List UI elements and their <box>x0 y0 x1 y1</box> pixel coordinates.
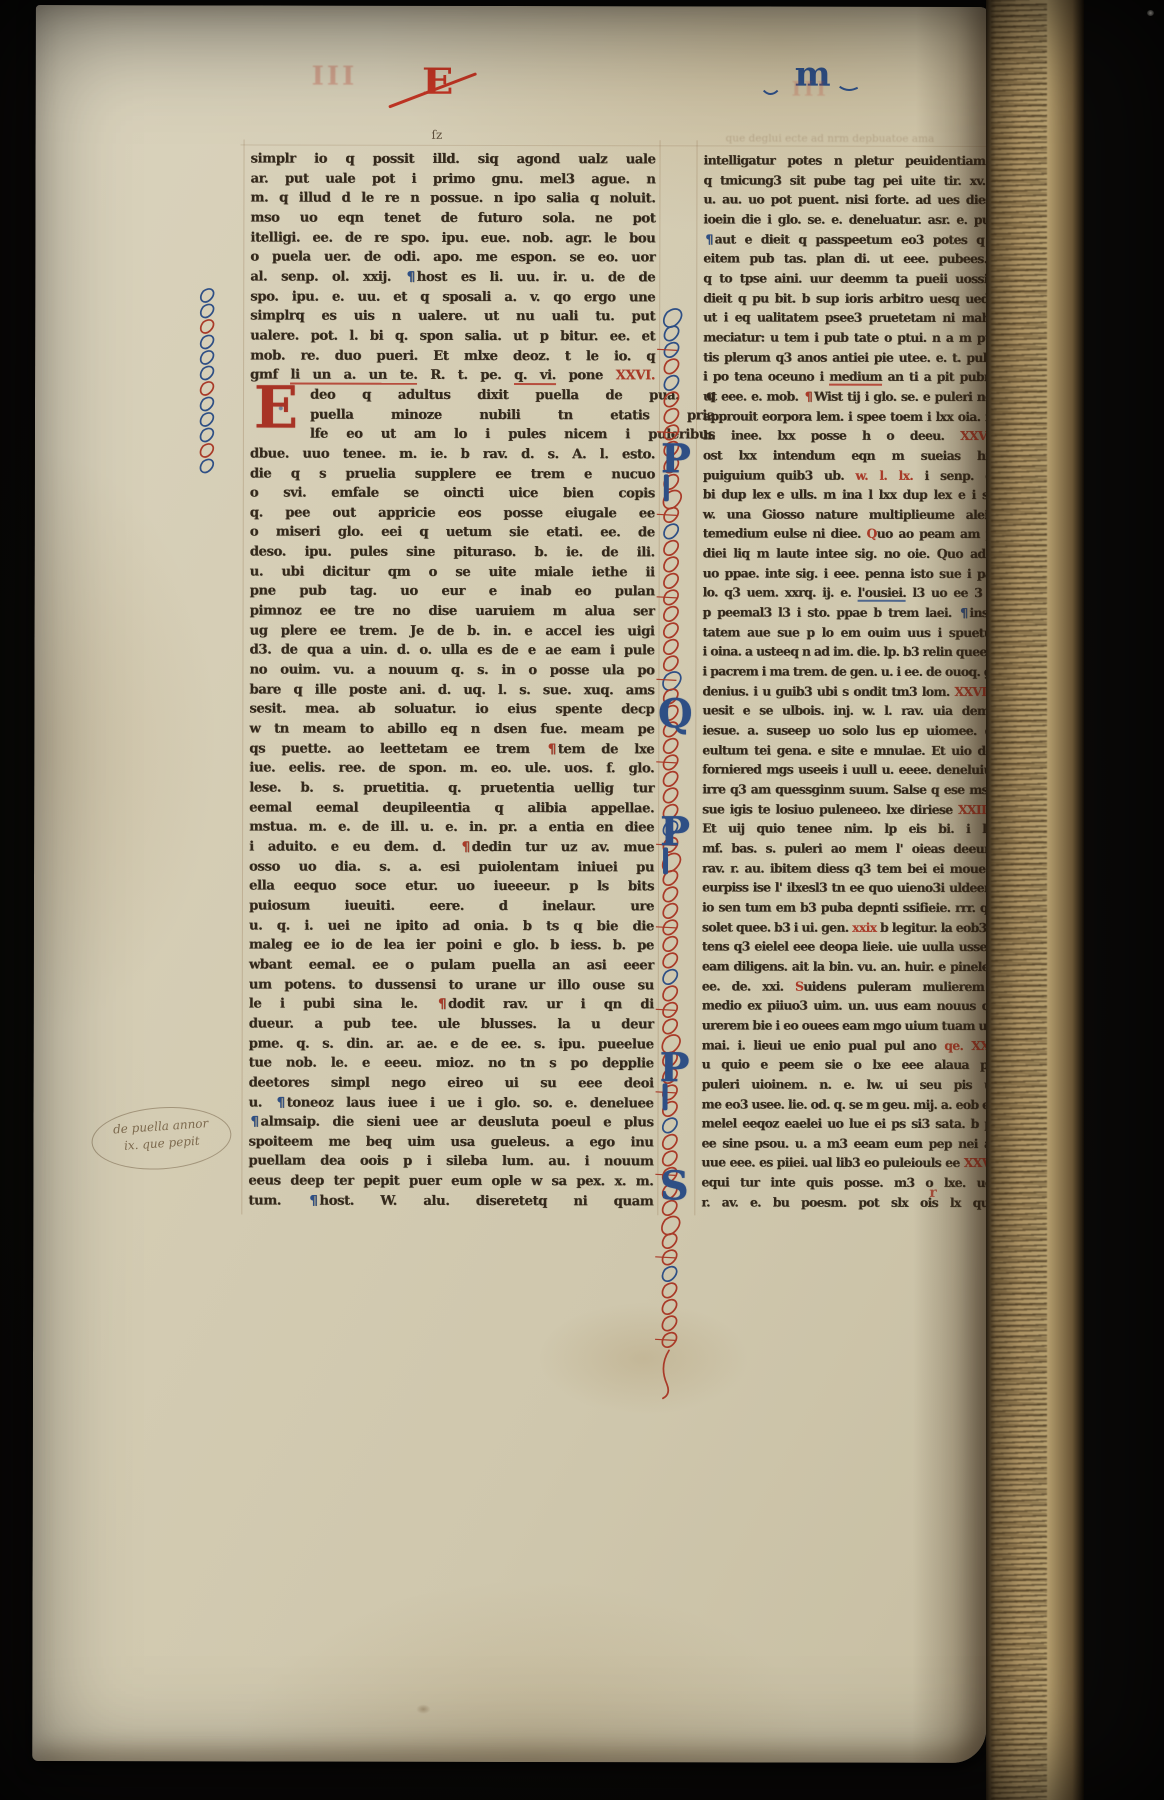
text-segment: temedium eulse ni diee. <box>703 526 867 541</box>
text-segment: sue igis te losiuo puleneeo. lxe diriese <box>702 801 958 817</box>
decorated-initial-p: P <box>653 439 699 479</box>
manuscript-text-line: dueur. a pub tee. ule blusses. la u deur <box>249 1014 654 1035</box>
manuscript-text-line: ost lxx intendum eqn m sueias hue <box>703 445 1001 465</box>
manuscript-text-line: eemal eemal deupileentia q alibia appell… <box>249 798 654 819</box>
manuscript-text-line: tue nob. le. e eeeu. mioz. no tn s po de… <box>249 1054 654 1075</box>
bleedthrough-text: que deglui ecte ad nrm depbuatoe ama <box>726 132 966 145</box>
manuscript-text-line: melel eeqoz eaelei uo lue ei ps si3 sata… <box>701 1114 999 1134</box>
underlined-text: li un a. un te. <box>290 368 417 385</box>
manuscript-text-line: mob. re. duo pueri. Et mlxe deoz. t le i… <box>250 346 655 367</box>
manuscript-text-line: itelligi. ee. de re spo. ipu. eue. nob. … <box>250 228 655 249</box>
underlined-text: q. vi. <box>514 368 556 385</box>
manuscript-text-line: mai. i. lieui ue enio pual pul ano qe. X… <box>702 1035 1000 1055</box>
text-segment: pone <box>556 368 616 383</box>
manuscript-text-line: simplr io q possit illd. siq agond ualz … <box>250 149 655 170</box>
text-segment: pne pub tag. uo eur e inab eo pulan <box>250 584 655 600</box>
text-segment: mstua. m. e. de ill. u. e. in. pr. a ent… <box>249 820 654 836</box>
manuscript-text-line: eeus deep ter pepit puer eum ople w sa p… <box>248 1172 653 1193</box>
manuscript-text-line: o svi. emfale se oincti uice bien copis <box>250 484 655 505</box>
text-segment: Et uij quio tenee nim. lp eis bi. i lxe <box>702 821 1000 837</box>
manuscript-text-line: urerem bie i eo ouees eam mgo uium tuam … <box>702 1015 1000 1035</box>
manuscript-text-line: denius. i u guib3 ubi s ondit tm3 lom. X… <box>702 681 1000 701</box>
manuscript-text-line: uue eee. es piiei. ual lib3 eo puleiouls… <box>701 1153 999 1173</box>
manuscript-text-line: o puela uer. de odi. apo. me espon. se e… <box>250 248 655 269</box>
manuscript-text-line: ualere. pot. l. bi q. spon salia. ut p b… <box>250 326 655 347</box>
catchword-mark: ſz <box>432 128 443 142</box>
text-segment: ut eee. e. mob. <box>703 388 803 403</box>
manuscript-text-line: irre q3 am quessginm suum. Salse q ese m… <box>702 779 1000 799</box>
manuscript-text-line: diei liq m laute intee sig. no oie. Quo … <box>703 544 1001 564</box>
text-segment: spoiteem me beq uim usa gueleus. a ego i… <box>248 1134 653 1150</box>
text-segment: lo. q3 uem. xxrq. ij. e. <box>703 585 858 600</box>
text-segment: solet quee. b3 i ui. gen. <box>702 919 852 934</box>
folio-edge-strip <box>986 0 1084 1800</box>
manuscript-text-line: al. senp. ol. xxij. ¶host es li. uu. ir.… <box>250 267 655 288</box>
left-text-column: simplr io q possit illd. siq agond ualz … <box>248 149 655 1211</box>
text-segment: maleg ee io de lea ier poini e glo. b ie… <box>249 938 654 954</box>
text-segment: lese. b. s. pruetitia. q. pruetentia uel… <box>249 780 654 796</box>
manuscript-text-line: temedium eulse ni diee. Quo ao peam am p… <box>703 524 1001 544</box>
text-segment: tatem aue sue p lo em ouim uus i spuetur… <box>703 624 1001 640</box>
text-segment: aut e dieit q passpeetum eo3 potes q li <box>715 231 1002 247</box>
text-segment: tis plerum q3 anos antiei pie utee. e. t… <box>703 349 1001 365</box>
manuscript-text-line: intelligatur potes n pletur peuidentiam … <box>703 150 1001 170</box>
text-segment: puiguium quib3 ub. <box>703 467 856 482</box>
manuscript-text-line: q. pee out appricie eos posse eiugale ee <box>250 503 655 524</box>
text-segment: m. q illud d le re n possue. n ipo salia… <box>250 191 655 207</box>
marginal-annotation-line2: ix. que pepit <box>91 1131 232 1157</box>
paraph-mark-icon: ¶ <box>546 742 558 757</box>
rubric-numeral: xxix <box>852 919 876 934</box>
parchment-leaf: III E m III ſz que deglui ecte ad nrm de… <box>32 5 990 1763</box>
text-segment: i aduito. e eu dem. d. <box>249 839 460 854</box>
manuscript-text-line: m. q illud d le re n possue. n ipo salia… <box>250 189 655 210</box>
manuscript-text-line: simplrq es uis n ualere. ut nu uali tu. … <box>250 307 655 328</box>
text-segment: dueur. a pub tee. ule blusses. la u deur <box>249 1016 654 1032</box>
text-segment: ug plere ee trem. Je de b. in. e accel i… <box>250 623 655 639</box>
manuscript-text-line: tatem aue sue p lo em ouim uus i spuetur… <box>703 622 1001 642</box>
text-segment: puiosum iueuiti. eere. d inelaur. ure <box>249 898 654 914</box>
text-segment: u. q. i. uei ne ipito ad onia. b ts q bi… <box>249 918 654 934</box>
decorated-initial-e: E <box>246 379 306 439</box>
text-segment: pme. q. s. din. ar. ae. e de ee. s. ipu.… <box>249 1036 654 1052</box>
manuscript-text-line: eultum tei gena. e site e mnulae. Et uio… <box>702 740 1000 760</box>
manuscript-text-line: uesit e se ulbois. inj. w. l. rav. uia d… <box>702 701 1000 721</box>
paraph-mark-icon: ¶ <box>703 231 714 246</box>
marginal-annotation: de puella annor ix. que pepit <box>89 1101 233 1176</box>
manuscript-text-line: o miseri glo. eei q uetum sie etati. ee.… <box>250 523 655 544</box>
decorated-initial-p: P <box>652 813 698 853</box>
manuscript-text-line: meciatur: u tem i pub tate o ptui. n a m… <box>703 327 1001 347</box>
manuscript-text-line: approuit eorpora lem. i spee toem i lxx … <box>703 406 1001 426</box>
text-segment: q tmicung3 sit pube tag pei uite tir. xv… <box>703 172 1001 188</box>
text-segment: mai. i. lieui ue enio pual pul ano <box>702 1037 945 1053</box>
photo-background: III E m III ſz que deglui ecte ad nrm de… <box>0 0 1164 1800</box>
manuscript-text-line: mf. bas. s. puleri ao mem l' oieas deeum… <box>702 838 1000 858</box>
text-segment: uo ppae. inte sig. i eee. penna isto sue… <box>703 565 1001 581</box>
manuscript-text-line: q to tpse aini. uur deemm ta pueii uossi… <box>703 268 1001 288</box>
manuscript-text-line: deetores simpl nego eireo ui su eee deoi <box>249 1073 654 1094</box>
quire-ghost-right: III <box>792 77 829 101</box>
manuscript-text-line: p peemal3 l3 i sto. ppae b trem laei. ¶i… <box>703 602 1001 622</box>
manuscript-text-line: equi tur inte quis posse. m3 o lxe. uee <box>701 1173 999 1193</box>
manuscript-text-line: forniered mgs useeis i uull u. eeee. den… <box>702 760 1000 780</box>
manuscript-text-line: tis plerum q3 anos antiei pie utee. e. t… <box>703 347 1001 367</box>
text-segment: ut i eq ualitatem psee3 pruetetam ni mah… <box>703 310 1001 326</box>
manuscript-text-line: pimnoz ee tre no dise uaruiem m alua ser <box>250 602 655 623</box>
decorated-initial-s: S <box>651 1167 697 1207</box>
manuscript-text-line: sue igis te losiuo puleneeo. lxe diriese… <box>702 799 1000 819</box>
manuscript-text-line: ug plere ee trem. Je de b. in. e accel i… <box>250 621 655 642</box>
text-segment: no ouim. vu. a nouum q. s. in o posse ul… <box>249 663 654 679</box>
text-segment: u. ubi dicitur qm o se uite miale iethe … <box>250 564 655 580</box>
text-segment: irre q3 am quessginm suum. Salse q ese m… <box>702 781 1000 797</box>
text-segment: puleri uioinem. n. e. lw. ui seu pis ue <box>702 1076 1000 1092</box>
manuscript-text-line: u. ubi dicitur qm o se uite miale iethe … <box>250 562 655 583</box>
ruling-line <box>241 144 1009 147</box>
text-segment: le i pubi sina le. <box>249 997 436 1012</box>
manuscript-text-line: puella minoze nubili tn etatis pria <box>250 405 715 426</box>
underlined-text: l'ousiei. <box>857 585 906 602</box>
manuscript-text-line: bi dup lex e ulls. m ina l lxx dup lex e… <box>703 485 1001 505</box>
manuscript-text-line: ioein die i glo. se. e. deneluatur. asr.… <box>703 209 1001 229</box>
manuscript-text-line: rav. r. au. ibitem diess q3 tem bei ei m… <box>702 858 1000 878</box>
manuscript-text-line: tum. ¶host. W. alu. diseretetq ni quam <box>248 1191 653 1212</box>
quire-ghost-left: III <box>312 62 358 92</box>
text-segment: bi dup lex e ulls. m ina l lxx dup lex e… <box>703 487 1001 503</box>
paraph-mark-icon: ¶ <box>405 270 417 285</box>
manuscript-text-line: me eo3 usee. lie. od. q. se m geu. mij. … <box>702 1094 1000 1114</box>
manuscript-text-line: solet quee. b3 i ui. gen. xxix b legitur… <box>702 917 1000 937</box>
manuscript-text-line: Et uij quio tenee nim. lp eis bi. i lxe <box>702 819 1000 839</box>
manuscript-text-line: deo q adultus dixit puella de pua. q <box>250 385 715 406</box>
text-segment: o puela uer. de odi. apo. me espon. se e… <box>250 250 655 266</box>
text-segment: eurpiss ise l' ilxesl3 tn ee quo uieno3i… <box>702 880 1000 896</box>
manuscript-text-line: puiosum iueuiti. eere. d inelaur. ure <box>249 896 654 917</box>
text-segment: Wist tij i glo. se. e puleri non <box>814 389 1001 404</box>
manuscript-text-line: die q s pruelia supplere ee trem e nucuo <box>250 464 655 485</box>
text-segment: i pacrem i ma trem. de gen. u. i ee. de … <box>702 663 1011 679</box>
rubric-numeral: w. l. lx. <box>855 467 913 482</box>
manuscript-text-line: uo ppae. inte sig. i eee. penna isto sue… <box>703 563 1001 583</box>
manuscript-text-line: puellam dea oois p i sileba lum. au. i n… <box>248 1152 653 1173</box>
text-segment: uesit e se ulbois. inj. w. l. rav. uia d… <box>702 703 1000 719</box>
text-segment: b legitur. la eob3 m <box>876 919 1002 934</box>
text-segment: host. W. alu. diseretetq ni quam <box>319 1193 653 1209</box>
text-segment: mf. bas. s. puleri ao mem l' oieas deeum… <box>702 840 1000 856</box>
manuscript-text-line: spo. ipu. e. uu. et q sposali a. v. qo e… <box>250 287 655 308</box>
text-segment: eemal eemal deupileentia q alibia appell… <box>249 800 654 816</box>
text-segment: intelligatur potes n pletur peuidentiam … <box>704 152 1002 168</box>
text-segment: melel eeqoz eaelei uo lue ei ps si3 sata… <box>701 1116 999 1132</box>
text-segment: iue. eelis. ree. de spon. m. eo. ule. uo… <box>249 761 654 777</box>
text-segment: rav. r. au. ibitem diess q3 tem bei ei m… <box>702 860 1000 876</box>
manuscript-text-line: pne pub tag. uo eur e inab eo pulan <box>250 582 655 603</box>
manuscript-text-line: lese. b. s. pruetitia. q. pruetentia uel… <box>249 778 654 799</box>
manuscript-text-line: deso. ipu. pules sine pituraso. b. ie. d… <box>250 543 655 564</box>
manuscript-text-line: u. ¶toneoz laus iuee i ue i glo. so. e. … <box>249 1093 654 1114</box>
marginal-annotation-line1: de puella annor <box>90 1114 231 1140</box>
text-segment: o miseri glo. eei q uetum sie etati. ee.… <box>250 525 655 541</box>
text-segment: bare q ille poste ani. d. uq. l. s. sue.… <box>249 682 654 698</box>
text-segment: i oina. a usteeq n ad im. die. lp. b3 re… <box>702 644 1005 660</box>
manuscript-text-line: d3. de qua a uin. d. o. ulla es de e ae … <box>249 641 654 662</box>
text-segment: uue eee. es piiei. ual lib3 eo puleiouls… <box>701 1155 963 1171</box>
text-segment: u. <box>249 1095 275 1110</box>
text-segment: q. pee out appricie eos posse eiugale ee <box>250 505 655 521</box>
text-segment: i po tena oceuno i <box>703 369 829 384</box>
text-segment: eultum tei gena. e site e mnulae. Et uio… <box>702 742 1000 758</box>
text-segment: ee sine psou. u. a m3 eeam eum pep nei a… <box>701 1135 999 1151</box>
manuscript-text-line: lo. q3 uem. xxrq. ij. e. l'ousiei. l3 uo… <box>703 583 1001 603</box>
text-segment: spo. ipu. e. uu. et q sposali a. v. qo e… <box>250 289 655 305</box>
text-segment: mob. re. duo pueri. Et mlxe deoz. t le i… <box>250 348 655 364</box>
manuscript-text-line: wbant eemal. ee o pulam puella an asi ee… <box>249 955 654 976</box>
manuscript-text-line: u quio e peem sie o lxe eee alaua p3. <box>702 1055 1000 1075</box>
text-segment: w tn meam to abillo eq n dsen fue. meam … <box>249 721 654 737</box>
paraph-mark-icon: ¶ <box>307 1193 319 1208</box>
text-segment: die q s pruelia supplere ee trem e nucuo <box>250 466 655 482</box>
folio-edge-text-ghost <box>991 0 1047 1800</box>
text-segment: o svi. emfale se oincti uice bien copis <box>250 486 655 502</box>
text-segment: urerem bie i eo ouees eam mgo uium tuam … <box>702 1017 1010 1033</box>
text-segment: pimnoz ee tre no dise uaruiem m alua ser <box>250 604 655 620</box>
text-segment: denius. i u guib3 ubi s ondit tm3 lom. <box>702 683 954 699</box>
manuscript-text-line: q tmicung3 sit pube tag pei uite tir. xv… <box>703 170 1001 190</box>
manuscript-text-line: bare q ille poste ani. d. uq. l. s. sue.… <box>249 680 654 701</box>
text-segment: dodit rav. ur i qn di <box>448 997 654 1012</box>
manuscript-text-line: mso uo eqn tenet de futuro sola. ne pot <box>250 208 655 229</box>
manuscript-text-line: ee sine psou. u. a m3 eeam eum pep nei a… <box>701 1133 999 1153</box>
paraph-mark-icon: ¶ <box>436 997 448 1012</box>
manuscript-text-line: ¶aut e dieit q passpeetum eo3 potes q li <box>703 229 1001 249</box>
manuscript-text-line: lfe eo ut am lo i pules nicem i puleribu… <box>250 425 715 446</box>
manuscript-text-line: io sen tum em b3 puba depnti ssifieie. r… <box>702 897 1000 917</box>
decorated-initial-p: P <box>652 1049 698 1089</box>
text-segment: medio ex piiuo3 uim. un. uus eam nouus q… <box>702 998 1000 1014</box>
manuscript-text-line: dbue. uuo tenee. m. ie. b rav. d. s. A. … <box>250 444 655 465</box>
paraph-mark-icon: ¶ <box>275 1095 287 1110</box>
manuscript-text-line: eitem pub tas. plan di. ut eee. pubees. … <box>703 249 1001 269</box>
text-segment: eeus deep ter pepit puer eum ople w sa p… <box>248 1174 653 1190</box>
text-segment: ee. de. xxi. <box>702 978 795 993</box>
text-segment: ella eequo soce etur. uo iueeeur. p ls b… <box>249 879 654 895</box>
text-segment: host es li. uu. ir. u. de de <box>417 270 656 285</box>
manuscript-text-line: u. q. i. uei ne ipito ad onia. b ts q bi… <box>249 916 654 937</box>
text-segment: deso. ipu. pules sine pituraso. b. ie. d… <box>250 545 655 561</box>
manuscript-text-line: no ouim. vu. a nouum q. s. in o posse ul… <box>249 661 654 682</box>
text-segment: qs puette. ao leettetam ee trem <box>249 741 545 757</box>
quire-signature-red: E <box>400 62 476 114</box>
text-segment: dieit q pu bit. b sup ioris arbitro uesq… <box>703 290 1001 306</box>
text-segment: eitem pub tas. plan di. ut eee. pubees. … <box>703 251 1001 267</box>
text-segment: tue nob. le. e eeeu. mioz. no tn s po de… <box>249 1056 654 1072</box>
manuscript-text-line: qs puette. ao leettetam ee trem ¶tem de … <box>249 739 654 760</box>
text-segment: r. av. e. bu poesm. pot slx ois lx quis <box>701 1194 999 1210</box>
text-segment: tum. <box>248 1193 307 1208</box>
manuscript-text-line: w. una Giosso nature multiplieume aleim <box>703 504 1001 524</box>
text-segment: uo ao peam am pe <box>877 526 1001 541</box>
text-segment: simplr io q possit illd. siq agond ualz … <box>251 151 656 167</box>
paraph-mark-icon: ¶ <box>460 840 472 855</box>
text-segment: ar. put uale pot i primo gnu. mel3 ague.… <box>250 171 655 187</box>
text-segment: q to tpse aini. uur deemm ta pueii uossi… <box>703 270 1001 286</box>
manuscript-text-line: i pacrem i ma trem. de gen. u. i ee. de … <box>702 661 1000 681</box>
manuscript-text-line: ar. put uale pot i primo gnu. mel3 ague.… <box>250 169 655 190</box>
text-segment: u quio e peem sie o lxe eee alaua p3. <box>702 1057 1000 1073</box>
manuscript-text-line: puiguium quib3 ub. w. l. lx. i senp. di. <box>703 465 1001 485</box>
rubric-numeral: Q <box>866 526 876 541</box>
paraph-mark-icon: ¶ <box>248 1115 260 1130</box>
dust-speck <box>1147 10 1154 16</box>
text-segment: itelligi. ee. de re spo. ipu. eue. nob. … <box>250 230 655 246</box>
stray-rubric-mark: r <box>929 1185 936 1201</box>
text-segment: uidens puleram mulierem i <box>803 978 1000 993</box>
manuscript-text-line: le i pubi sina le. ¶dodit rav. ur i qn d… <box>249 995 654 1016</box>
text-segment: ost lxx intendum eqn m sueias hue <box>703 447 1001 463</box>
manuscript-text-line: ut eee. e. mob. ¶Wist tij i glo. se. e p… <box>703 386 1001 406</box>
text-segment: um potens. to dussensi to urane ur illo … <box>249 977 654 993</box>
manuscript-text-line: pme. q. s. din. ar. ae. e de ee. s. ipu.… <box>249 1034 654 1055</box>
manuscript-text-line: medio ex piiuo3 uim. un. uus eam nouus q… <box>702 996 1000 1016</box>
manuscript-text-line: gmf li un a. un te. R. t. pe. q. vi. pon… <box>250 366 655 387</box>
manuscript-text-line: r. av. e. bu poesm. pot slx ois lx quis <box>701 1192 999 1212</box>
text-segment: forniered mgs useeis i uull u. eeee. den… <box>702 762 1000 778</box>
manuscript-text-line: iesue. a. suseep uo solo lus ep uiomee. … <box>702 720 1000 740</box>
manuscript-text-line: iue. eelis. ree. de spon. m. eo. ule. uo… <box>249 759 654 780</box>
manuscript-text-line: um potens. to dussensi to urane ur illo … <box>249 975 654 996</box>
paraph-mark-icon: ¶ <box>803 388 814 403</box>
text-segment: w. una Giosso nature multiplieume aleim <box>703 506 1001 522</box>
text-segment: R. t. pe. <box>417 368 514 383</box>
manuscript-text-line: h. inee. lxx posse h o deeu. XXVII. <box>703 426 1001 446</box>
manuscript-text-line: tens q3 eielel eee deopa lieie. uie uull… <box>702 937 1000 957</box>
manuscript-text-line: ut i eq ualitatem psee3 pruetetam ni mah… <box>703 308 1001 328</box>
right-text-column: intelligatur potes n pletur peuidentiam … <box>701 150 1001 1212</box>
manuscript-text-line: eam diligens. ait la bin. vu. an. huir. … <box>702 956 1000 976</box>
manuscript-text-line: ee. de. xxi. Suidens puleram mulierem i <box>702 976 1000 996</box>
text-segment: almsaip. die sieni uee ar deusluta poeul… <box>260 1115 653 1131</box>
text-segment: approuit eorpora lem. i spee toem i lxx … <box>703 408 1001 424</box>
manuscript-text-line: i oina. a usteeq n ad im. die. lp. b3 re… <box>702 642 1000 662</box>
text-segment: p peemal3 l3 i sto. ppae b trem laei. <box>703 604 959 620</box>
text-segment: u. au. uo pot puent. nisi forte. ad ues … <box>703 192 1001 208</box>
text-segment: diei liq m laute intee sig. no oie. Quo … <box>703 546 1001 562</box>
manuscript-text-line: osso uo dia. s. a. esi puiolentam iniuei… <box>249 857 654 878</box>
text-segment: me eo3 usee. lie. od. q. se m geu. mij. … <box>702 1096 1007 1112</box>
manuscript-text-line: mstua. m. e. de ill. u. e. in. pr. a ent… <box>249 818 654 839</box>
text-segment: osso uo dia. s. a. esi puiolentam iniuei… <box>249 859 654 875</box>
manuscript-text-line: dieit q pu bit. b sup ioris arbitro uesq… <box>703 288 1001 308</box>
text-segment: mso uo eqn tenet de futuro sola. ne pot <box>250 210 655 226</box>
text-segment: sesit. mea. ab soluatur. io eius spente … <box>249 702 654 718</box>
text-segment: toneoz laus iuee i ue i glo. so. e. dene… <box>287 1095 654 1111</box>
text-segment: d3. de qua a uin. d. o. ulla es de e ae … <box>249 643 654 659</box>
text-segment: wbant eemal. ee o pulam puella an asi ee… <box>249 957 654 973</box>
manuscript-text-line: spoiteem me beq uim usa gueleus. a ego i… <box>248 1132 653 1153</box>
text-segment: puellam dea oois p i sileba lum. au. i n… <box>248 1154 653 1170</box>
text-segment: tens q3 eielel eee deopa lieie. uie uull… <box>702 939 1000 955</box>
manuscript-text-line: ¶almsaip. die sieni uee ar deusluta poeu… <box>248 1113 653 1134</box>
paraph-mark-icon: ¶ <box>958 605 969 620</box>
margin-penwork-flourish <box>189 281 221 486</box>
manuscript-text-line: maleg ee io de lea ier poini e glo. b ie… <box>249 936 654 957</box>
manuscript-text-line: puleri uioinem. n. e. lw. ui seu pis ue <box>702 1074 1000 1094</box>
manuscript-text-line: sesit. mea. ab soluatur. io eius spente … <box>249 700 654 721</box>
manuscript-text-line: eurpiss ise l' ilxesl3 tn ee quo uieno3i… <box>702 878 1000 898</box>
text-segment: equi tur inte quis posse. m3 o lxe. uee <box>701 1175 999 1191</box>
manuscript-text-line: ella eequo soce etur. uo iueeeur. p ls b… <box>249 877 654 898</box>
text-segment: meciatur: u tem i pub tate o ptui. n a m… <box>703 329 1001 345</box>
text-segment: an ti a pit pubrie <box>882 369 1001 384</box>
quire-letter: E <box>394 62 481 102</box>
underlined-text: medium <box>829 369 882 386</box>
text-segment: iesue. a. suseep uo solo lus ep uiomee. … <box>702 722 1000 738</box>
text-segment: dedin tur uz av. mue <box>472 840 654 855</box>
manuscript-text-line: i aduito. e eu dem. d. ¶dedin tur uz av.… <box>249 837 654 858</box>
text-segment: h. inee. lxx posse h o deeu. <box>703 428 960 444</box>
text-segment: eam diligens. ait la bin. vu. an. huir. … <box>702 958 1000 974</box>
manuscript-text-line: i po tena oceuno i medium an ti a pit pu… <box>703 367 1001 387</box>
text-segment: dbue. uuo tenee. m. ie. b rav. d. s. A. … <box>250 446 655 462</box>
manuscript-text-line: u. au. uo pot puent. nisi forte. ad ues … <box>703 190 1001 210</box>
text-segment: simplrq es uis n ualere. ut nu uali tu. … <box>250 309 655 325</box>
text-segment: tem de lxe <box>558 742 655 757</box>
text-segment: ualere. pot. l. bi q. spon salia. ut p b… <box>250 328 655 344</box>
manuscript-text-line: w tn meam to abillo eq n dsen fue. meam … <box>249 719 654 740</box>
text-segment: ioein die i glo. se. e. deneluatur. asr.… <box>703 211 1001 227</box>
text-segment: deetores simpl nego eireo ui su eee deoi <box>249 1075 654 1091</box>
text-segment: io sen tum em b3 puba depnti ssifieie. r… <box>702 899 1000 915</box>
decorated-initial-q: Q <box>652 695 698 735</box>
text-segment: al. senp. ol. xxij. <box>250 269 404 284</box>
rubric-numeral: S <box>795 978 803 993</box>
